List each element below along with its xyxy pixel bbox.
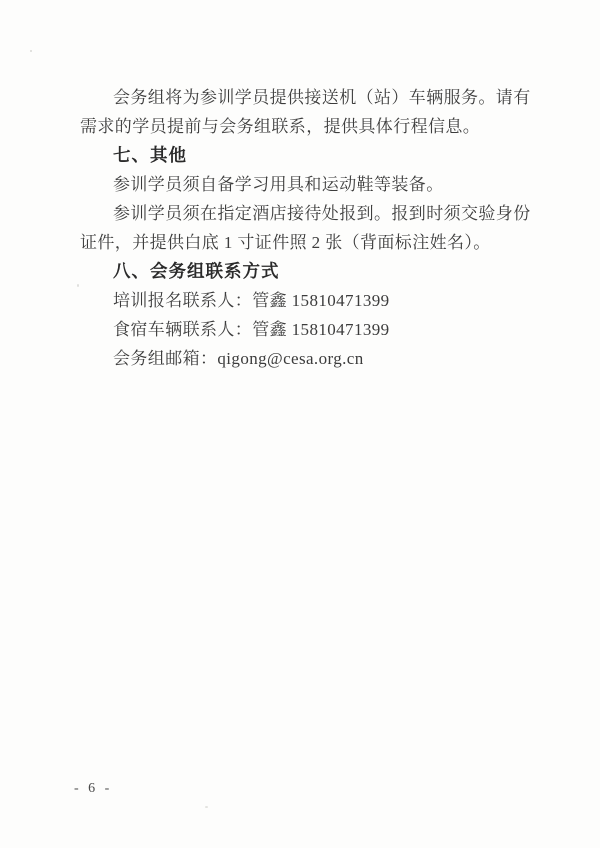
scan-speck <box>205 806 208 808</box>
contact-line-logistics: 食宿车辆联系人：管鑫 15810471399 <box>80 315 530 344</box>
paragraph-line-equipment: 参训学员须自备学习用具和运动鞋等装备。 <box>80 170 530 199</box>
scan-speck <box>77 284 79 287</box>
paragraph-line-shuttle-2: 需求的学员提前与会务组联系，提供具体行程信息。 <box>80 112 530 141</box>
contact-line-email: 会务组邮箱：qigong@cesa.org.cn <box>80 344 530 373</box>
page-number: - 6 - <box>74 781 112 797</box>
paragraph-line-checkin-2: 证件，并提供白底 1 寸证件照 2 张（背面标注姓名）。 <box>80 228 530 257</box>
section-heading-contacts: 八、会务组联系方式 <box>80 257 530 286</box>
paragraph-line-shuttle-1: 会务组将为参训学员提供接送机（站）车辆服务。请有 <box>80 83 530 112</box>
scanned-document-page: 会务组将为参训学员提供接送机（站）车辆服务。请有 需求的学员提前与会务组联系，提… <box>0 0 600 848</box>
document-body: 会务组将为参训学员提供接送机（站）车辆服务。请有 需求的学员提前与会务组联系，提… <box>80 83 530 373</box>
paragraph-line-checkin-1: 参训学员须在指定酒店接待处报到。报到时须交验身份 <box>80 199 530 228</box>
contact-line-registration: 培训报名联系人：管鑫 15810471399 <box>80 286 530 315</box>
scan-speck <box>30 50 32 52</box>
section-heading-other: 七、其他 <box>80 141 530 170</box>
